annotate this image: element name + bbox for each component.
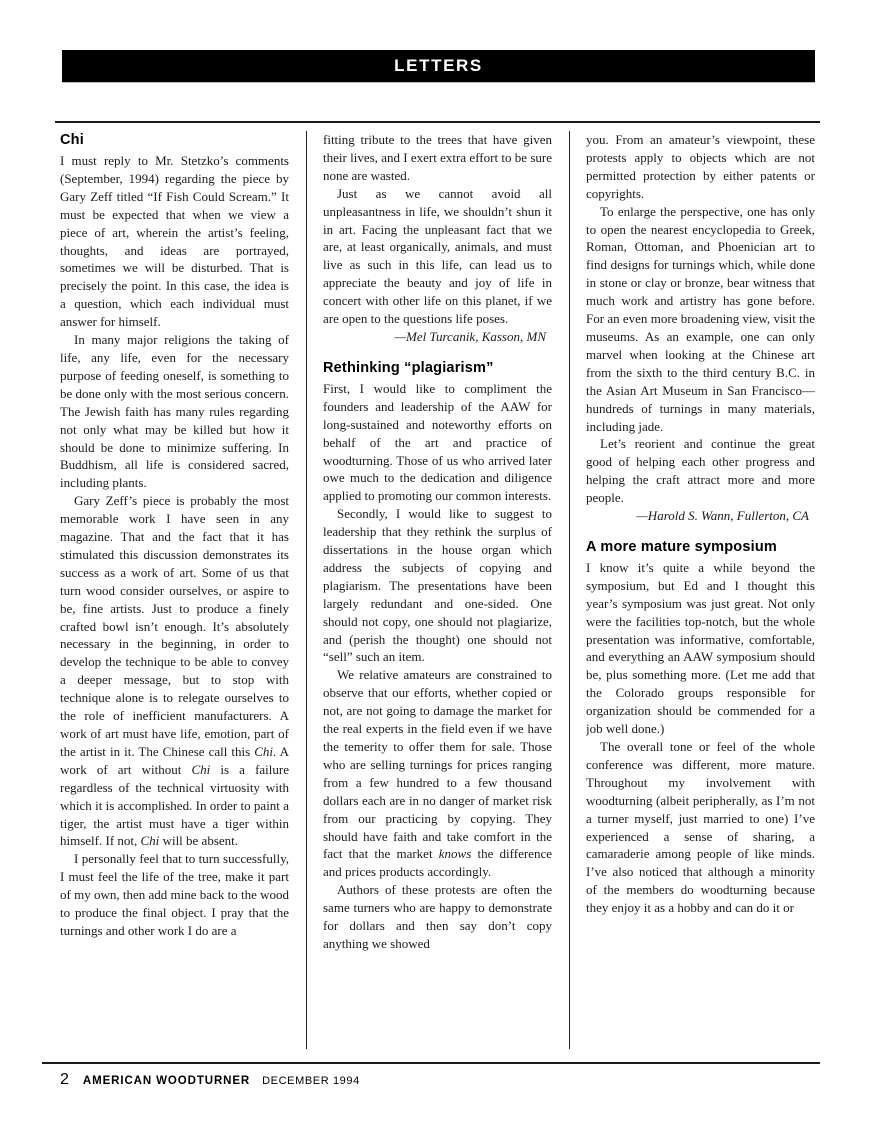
page-title: LETTERS — [394, 56, 483, 76]
column-2: fitting tribute to the trees that have g… — [323, 131, 552, 1051]
paragraph: fitting tribute to the trees that have g… — [323, 131, 552, 185]
paragraph: I personally feel that to turn successfu… — [60, 850, 289, 940]
letter-signature: —Mel Turcanik, Kasson, MN — [323, 328, 552, 346]
paragraph: Let’s reorient and continue the great go… — [586, 435, 815, 507]
paragraph: First, I would like to compliment the fo… — [323, 380, 552, 505]
letter-signature: —Harold S. Wann, Fullerton, CA — [586, 507, 815, 525]
paragraph: I know it’s quite a while beyond the sym… — [586, 559, 815, 738]
issue-date: DECEMBER 1994 — [262, 1075, 360, 1087]
paragraph: To enlarge the perspective, one has only… — [586, 203, 815, 436]
letter-heading: Chi — [60, 131, 289, 149]
letter-heading: A more mature symposium — [586, 538, 815, 556]
page-number: 2 — [60, 1071, 69, 1089]
paragraph: In many major religions the taking of li… — [60, 331, 289, 492]
paragraph: you. From an amateur’s viewpoint, these … — [586, 131, 815, 203]
footer: 2 AMERICAN WOODTURNER DECEMBER 1994 — [60, 1071, 360, 1089]
paragraph: I must reply to Mr. Stetzko’s comments (… — [60, 152, 289, 331]
column-divider-1 — [306, 131, 307, 1049]
paragraph: The overall tone or feel of the whole co… — [586, 738, 815, 917]
paragraph: Gary Zeff’s piece is probably the most m… — [60, 492, 289, 850]
paragraph: Authors of these protests are often the … — [323, 881, 552, 953]
column-divider-2 — [569, 131, 570, 1049]
page: { "header": { "title": "LETTERS" }, "foo… — [0, 0, 876, 1133]
column-1: ChiI must reply to Mr. Stetzko’s comment… — [60, 131, 289, 1051]
paragraph: We relative amateurs are constrained to … — [323, 666, 552, 881]
paragraph: Secondly, I would like to suggest to lea… — [323, 505, 552, 666]
letters-header-bar: LETTERS — [62, 50, 815, 82]
paragraph: Just as we cannot avoid all unpleasantne… — [323, 185, 552, 328]
letters-columns: ChiI must reply to Mr. Stetzko’s comment… — [60, 131, 816, 1051]
top-rule — [55, 121, 820, 123]
footer-rule — [42, 1062, 820, 1064]
column-3: you. From an amateur’s viewpoint, these … — [586, 131, 815, 1051]
letter-heading: Rethinking “plagiarism” — [323, 359, 552, 377]
publication-name: AMERICAN WOODTURNER — [83, 1075, 250, 1087]
